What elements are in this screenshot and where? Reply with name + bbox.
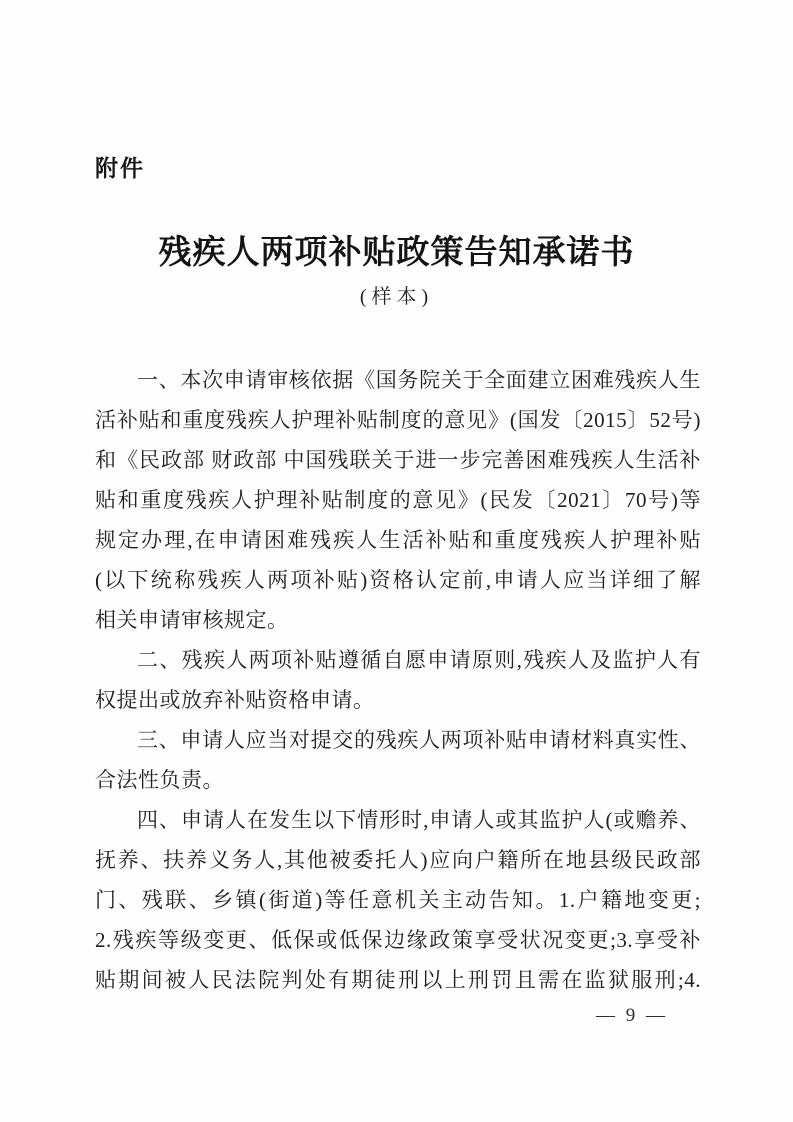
attachment-label: 附件 — [95, 150, 145, 183]
body-line: 合法性负责。 — [95, 760, 701, 800]
body-line: 活补贴和重度残疾人护理补贴制度的意见》(国发〔2015〕52号) — [95, 400, 701, 440]
body-line: 规定办理,在申请困难残疾人生活补贴和重度残疾人护理补贴 — [95, 520, 701, 560]
body-line: 贴期间被人民法院判处有期徒刑以上刑罚且需在监狱服刑;4. — [95, 960, 701, 1000]
body-line: 门、残联、乡镇(街道)等任意机关主动告知。1.户籍地变更; — [95, 880, 701, 920]
body-line: 四、申请人在发生以下情形时,申请人或其监护人(或赡养、 — [95, 800, 701, 840]
document-page: 附件 残疾人两项补贴政策告知承诺书 (样本) 一、本次申请审核依据《国务院关于全… — [0, 0, 793, 1122]
body-line: 二、残疾人两项补贴遵循自愿申请原则,残疾人及监护人有 — [95, 640, 701, 680]
body-line: 2.残疾等级变更、低保或低保边缘政策享受状况变更;3.享受补 — [95, 920, 701, 960]
document-body: 一、本次申请审核依据《国务院关于全面建立困难残疾人生 活补贴和重度残疾人护理补贴… — [95, 360, 701, 1000]
page-number: — 9 — — [596, 1005, 668, 1027]
body-line: 抚养、扶养义务人,其他被委托人)应向户籍所在地县级民政部 — [95, 840, 701, 880]
document-subtitle: (样本) — [0, 280, 793, 309]
body-line: (以下统称残疾人两项补贴)资格认定前,申请人应当详细了解 — [95, 560, 701, 600]
body-line: 权提出或放弃补贴资格申请。 — [95, 680, 701, 720]
body-line: 一、本次申请审核依据《国务院关于全面建立困难残疾人生 — [95, 360, 701, 400]
body-line: 三、申请人应当对提交的残疾人两项补贴申请材料真实性、 — [95, 720, 701, 760]
body-line: 和《民政部 财政部 中国残联关于进一步完善困难残疾人生活补 — [95, 440, 701, 480]
body-line: 相关申请审核规定。 — [95, 600, 701, 640]
document-title: 残疾人两项补贴政策告知承诺书 — [0, 226, 793, 273]
body-line: 贴和重度残疾人护理补贴制度的意见》(民发〔2021〕70号)等 — [95, 480, 701, 520]
